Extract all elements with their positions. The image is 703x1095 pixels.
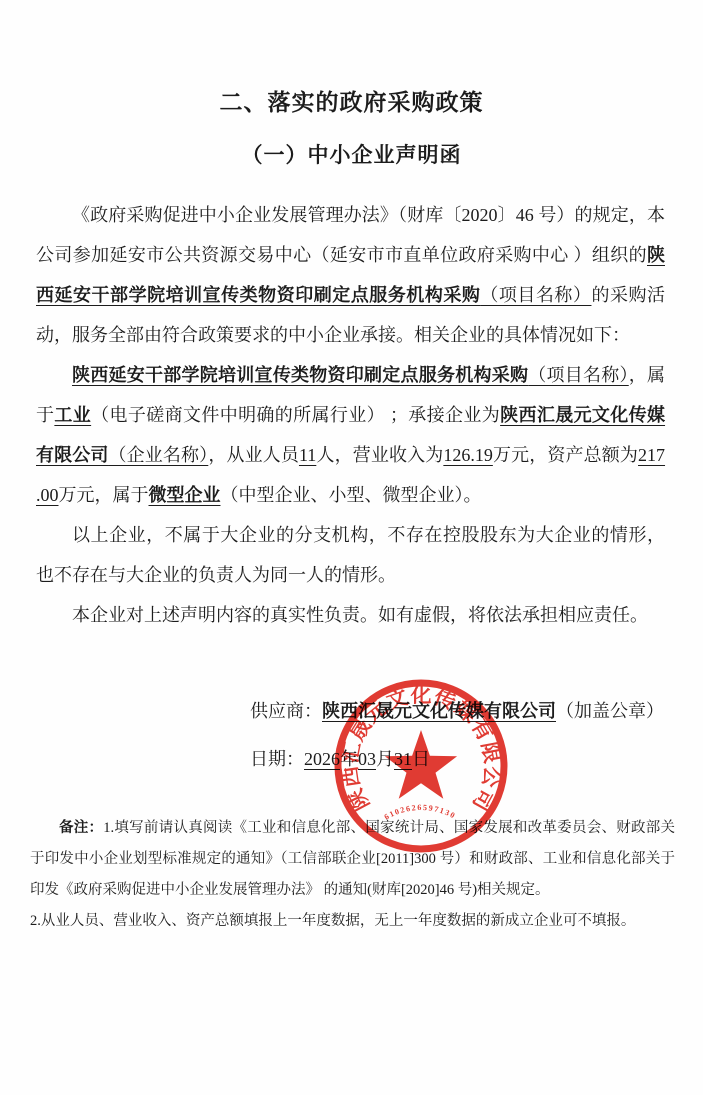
document-title: 二、落实的政府采购政策 [0,0,703,117]
note-item-2: 2.从业人员、营业收入、资产总额填报上一年度数据，无上一年度数据的新成立企业可不… [30,906,675,937]
text-run: 人，营业收入为 [316,445,443,465]
text-run: 工业 [54,405,91,425]
text-run: 供应商： [250,701,322,721]
notes-label: 备注： [59,820,103,836]
paragraph-regulation: 《政府采购促进中小企业发展管理办法》（财库〔2020〕46 号）的规定，本公司参… [36,195,665,355]
text-run: （项目名称） [480,285,591,305]
text-run: 万元，资产总额为 [493,445,638,465]
text-run: 126.19 [443,445,493,465]
text-run: （项目名称） [528,365,629,385]
company-seal: 陕西汇晟元文化传媒有限公司 6102626597130 [331,676,511,856]
text-run: 本企业对上述声明内容的真实性负责。如有虚假，将依法承担相应责任。 [72,605,648,625]
text-run: 陕西延安干部学院培训宣传类物资印刷定点服务机构采购 [72,365,528,385]
text-run: 日期： [250,749,304,769]
text-run: 以上企业，不属于大企业的分支机构，不存在控股股东为大企业的情形，也不存在与大企业… [36,525,665,585]
text-run: （加盖公章） [556,701,664,721]
text-run: ，从业人员 [208,445,299,465]
text-run: （中型企业、小型、微型企业）。 [221,485,482,505]
text-run: 微型企业 [149,485,221,505]
text-run: （电子磋商文件中明确的所属行业） ；承接企业为 [91,405,500,425]
section-subtitle: （一）中小企业声明函 [0,139,703,169]
declaration-body: 《政府采购促进中小企业发展管理办法》（财库〔2020〕46 号）的规定，本公司参… [36,195,665,635]
star-icon [385,730,457,799]
text-run: 万元，属于 [59,485,149,505]
paragraph-independence: 以上企业，不属于大企业的分支机构，不存在控股股东为大企业的情形，也不存在与大企业… [36,515,665,595]
seal-serial-number: 6102626597130 [383,803,457,822]
paragraph-enterprise-info: 陕西延安干部学院培训宣传类物资印刷定点服务机构采购（项目名称），属于工业（电子磋… [36,355,665,515]
text-run: 11 [299,445,316,465]
text-run: （企业名称） [109,445,209,465]
text-run: 《政府采购促进中小企业发展管理办法》（财库〔2020〕46 号）的规定，本公司参… [36,205,665,265]
paragraph-responsibility: 本企业对上述声明内容的真实性负责。如有虚假，将依法承担相应责任。 [36,595,665,635]
declaration-document-page: 二、落实的政府采购政策 （一）中小企业声明函 《政府采购促进中小企业发展管理办法… [0,0,703,1095]
